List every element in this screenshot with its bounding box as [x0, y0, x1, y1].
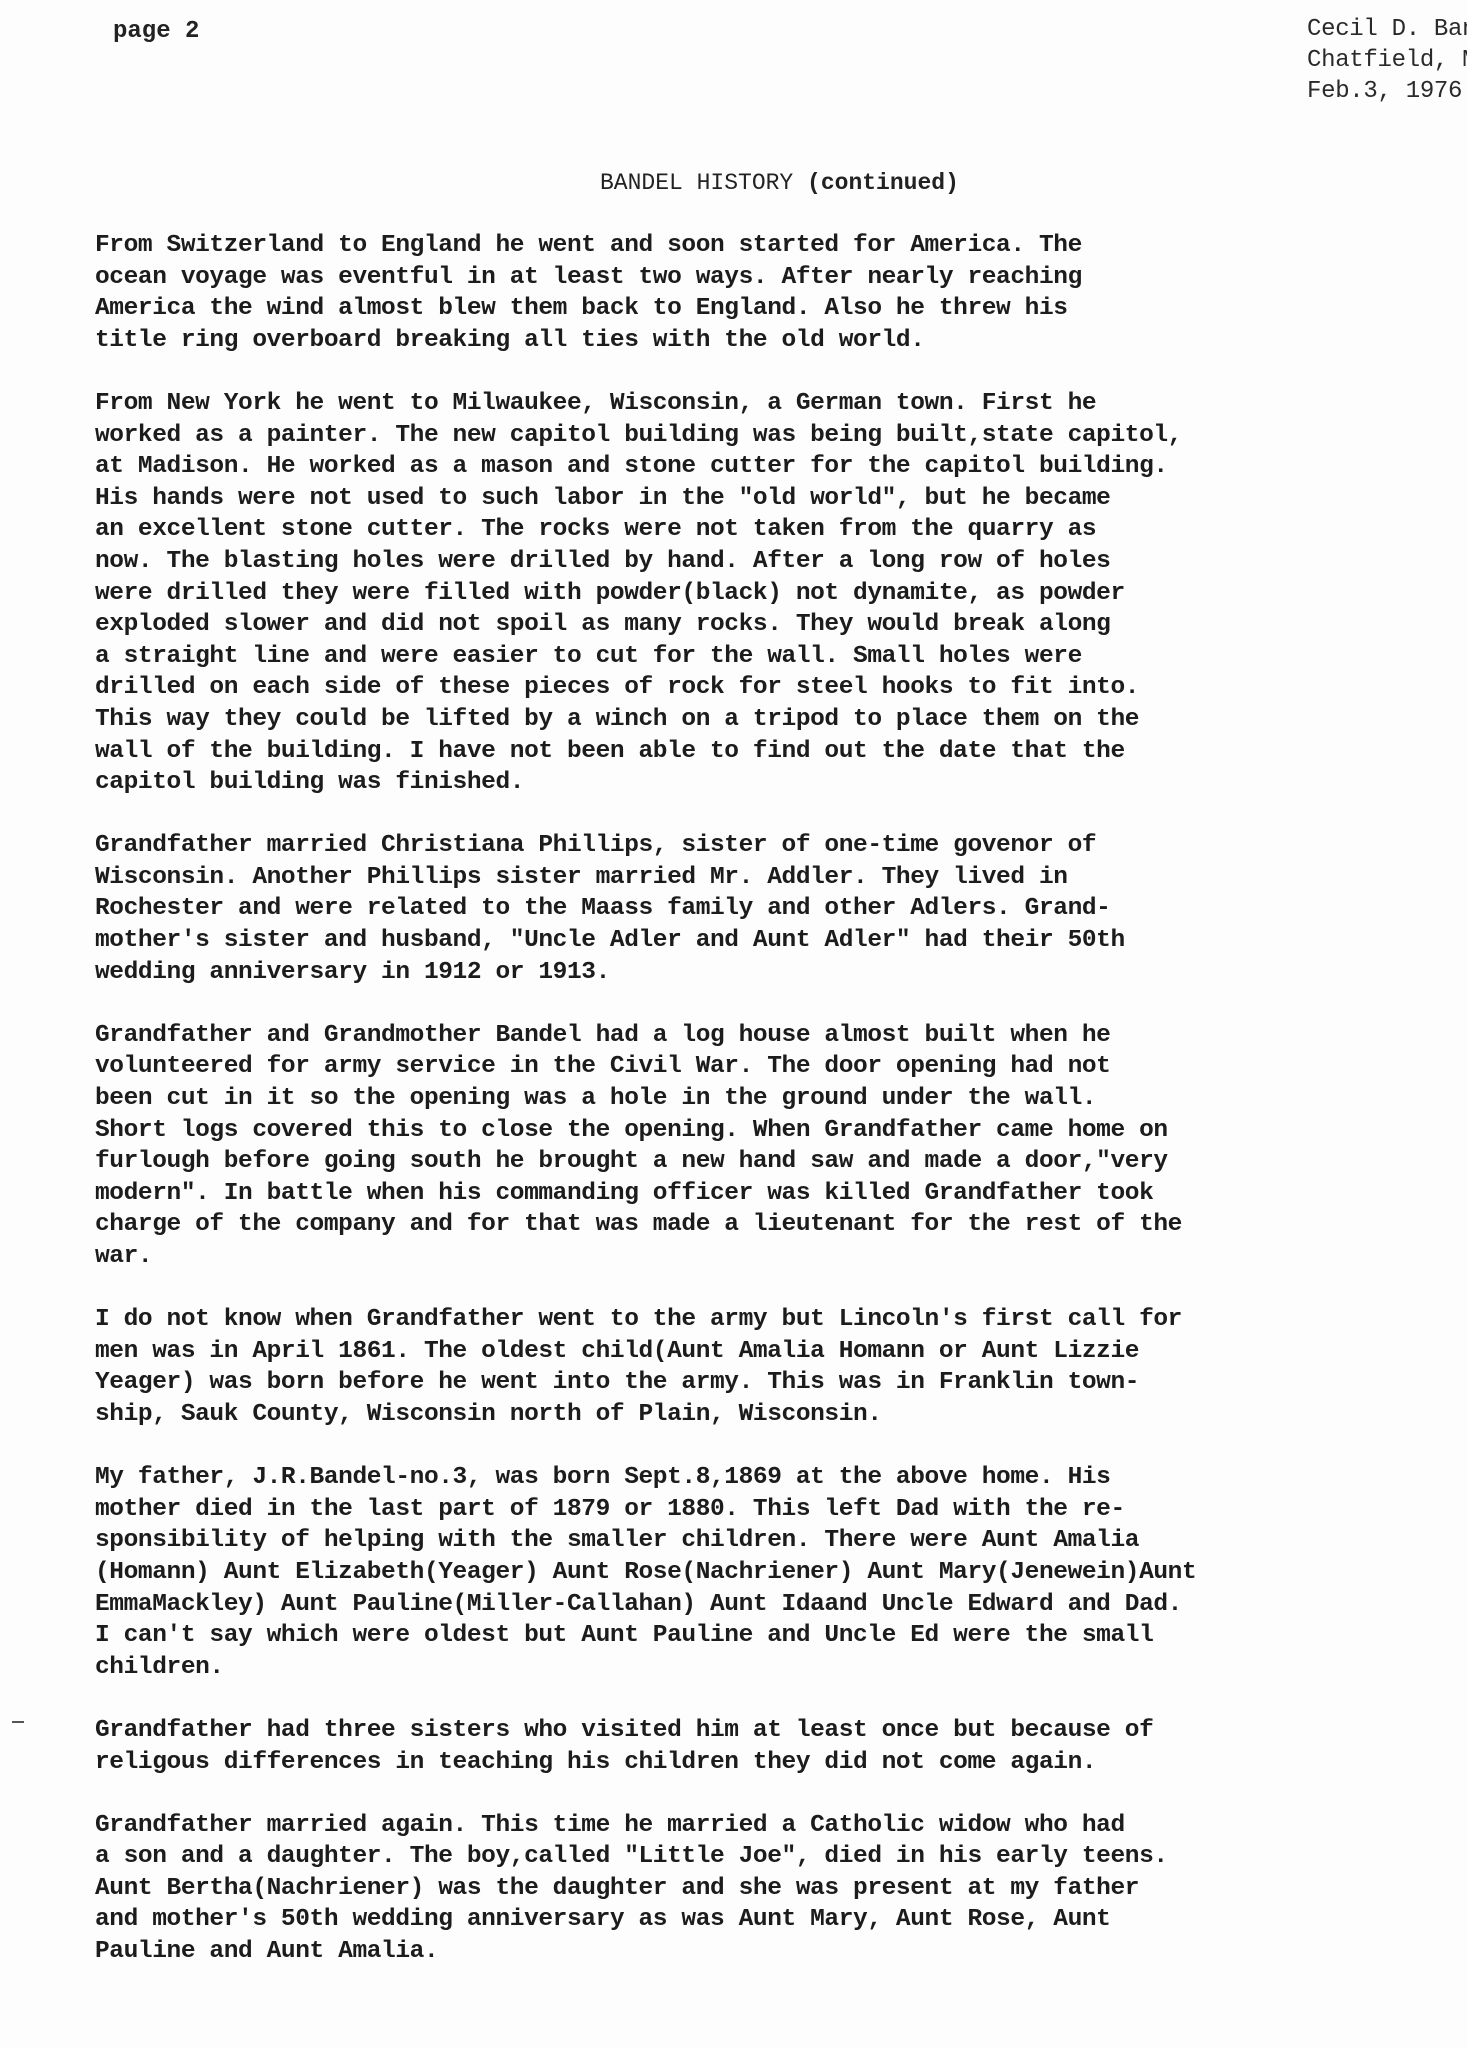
paragraph-milwaukee: From New York he went to Milwaukee, Wisc…: [95, 388, 1335, 799]
text-line: an excellent stone cutter. The rocks wer…: [95, 514, 1335, 546]
text-line: Grandfather married Christiana Phillips,…: [95, 830, 1335, 862]
author-name: Cecil D. Bandel: [1307, 14, 1467, 45]
title-main: BANDEL HISTORY: [600, 170, 793, 196]
text-line: Pauline and Aunt Amalia.: [95, 1936, 1335, 1968]
author-location: Chatfield, Minn.: [1307, 45, 1467, 76]
paragraph-army: I do not know when Grandfather went to t…: [95, 1304, 1335, 1430]
margin-mark: [12, 1721, 24, 1723]
text-line: and mother's 50th wedding anniversary as…: [95, 1904, 1335, 1936]
text-line: at Madison. He worked as a mason and sto…: [95, 451, 1335, 483]
text-line: (Homann) Aunt Elizabeth(Yeager) Aunt Ros…: [95, 1557, 1335, 1589]
text-line: America the wind almost blew them back t…: [95, 293, 1335, 325]
text-line: religous differences in teaching his chi…: [95, 1747, 1335, 1779]
text-line: His hands were not used to such labor in…: [95, 483, 1335, 515]
text-line: Yeager) was born before he went into the…: [95, 1367, 1335, 1399]
text-line: drilled on each side of these pieces of …: [95, 672, 1335, 704]
paragraph-civil-war: Grandfather and Grandmother Bandel had a…: [95, 1020, 1335, 1273]
text-line: Rochester and were related to the Maass …: [95, 893, 1335, 925]
document-body: From Switzerland to England he went and …: [95, 230, 1335, 1999]
paragraph-father: My father, J.R.Bandel-no.3, was born Sep…: [95, 1462, 1335, 1683]
text-line: capitol building was finished.: [95, 767, 1335, 799]
title-suffix: (continued): [807, 170, 959, 196]
text-line: were drilled they were filled with powde…: [95, 578, 1335, 610]
text-line: worked as a painter. The new capitol bui…: [95, 420, 1335, 452]
document-date: Feb.3, 1976: [1307, 76, 1467, 107]
text-line: wall of the building. I have not been ab…: [95, 736, 1335, 768]
text-line: modern". In battle when his commanding o…: [95, 1178, 1335, 1210]
text-line: exploded slower and did not spoil as man…: [95, 609, 1335, 641]
text-line: sponsibility of helping with the smaller…: [95, 1525, 1335, 1557]
text-line: charge of the company and for that was m…: [95, 1209, 1335, 1241]
author-block: Cecil D. Bandel Chatfield, Minn. Feb.3, …: [1307, 14, 1467, 107]
text-line: EmmaMackley) Aunt Pauline(Miller-Callaha…: [95, 1589, 1335, 1621]
text-line: now. The blasting holes were drilled by …: [95, 546, 1335, 578]
text-line: This way they could be lifted by a winch…: [95, 704, 1335, 736]
text-line: I can't say which were oldest but Aunt P…: [95, 1620, 1335, 1652]
paragraph-marriage: Grandfather married Christiana Phillips,…: [95, 830, 1335, 988]
text-line: wedding anniversary in 1912 or 1913.: [95, 957, 1335, 989]
text-line: Aunt Bertha(Nachriener) was the daughter…: [95, 1873, 1335, 1905]
text-line: volunteered for army service in the Civi…: [95, 1051, 1335, 1083]
text-line: My father, J.R.Bandel-no.3, was born Sep…: [95, 1462, 1335, 1494]
text-line: mother's sister and husband, "Uncle Adle…: [95, 925, 1335, 957]
text-line: From New York he went to Milwaukee, Wisc…: [95, 388, 1335, 420]
text-line: war.: [95, 1241, 1335, 1273]
text-line: Short logs covered this to close the ope…: [95, 1115, 1335, 1147]
paragraph-remarriage: Grandfather married again. This time he …: [95, 1810, 1335, 1968]
text-line: Grandfather married again. This time he …: [95, 1810, 1335, 1842]
document-page: page 2 Cecil D. Bandel Chatfield, Minn. …: [0, 0, 1467, 2048]
text-line: I do not know when Grandfather went to t…: [95, 1304, 1335, 1336]
text-line: ocean voyage was eventful in at least tw…: [95, 262, 1335, 294]
text-line: furlough before going south he brought a…: [95, 1146, 1335, 1178]
text-line: mother died in the last part of 1879 or …: [95, 1494, 1335, 1526]
text-line: men was in April 1861. The oldest child(…: [95, 1336, 1335, 1368]
document-title: BANDEL HISTORY (continued): [600, 170, 959, 196]
text-line: a son and a daughter. The boy,called "Li…: [95, 1841, 1335, 1873]
text-line: From Switzerland to England he went and …: [95, 230, 1335, 262]
text-line: ship, Sauk County, Wisconsin north of Pl…: [95, 1399, 1335, 1431]
text-line: been cut in it so the opening was a hole…: [95, 1083, 1335, 1115]
text-line: Grandfather and Grandmother Bandel had a…: [95, 1020, 1335, 1052]
text-line: children.: [95, 1652, 1335, 1684]
text-line: Grandfather had three sisters who visite…: [95, 1715, 1335, 1747]
text-line: a straight line and were easier to cut f…: [95, 641, 1335, 673]
page-number: page 2: [113, 18, 199, 45]
paragraph-sisters: Grandfather had three sisters who visite…: [95, 1715, 1335, 1778]
text-line: Wisconsin. Another Phillips sister marri…: [95, 862, 1335, 894]
paragraph-voyage: From Switzerland to England he went and …: [95, 230, 1335, 356]
text-line: title ring overboard breaking all ties w…: [95, 325, 1335, 357]
